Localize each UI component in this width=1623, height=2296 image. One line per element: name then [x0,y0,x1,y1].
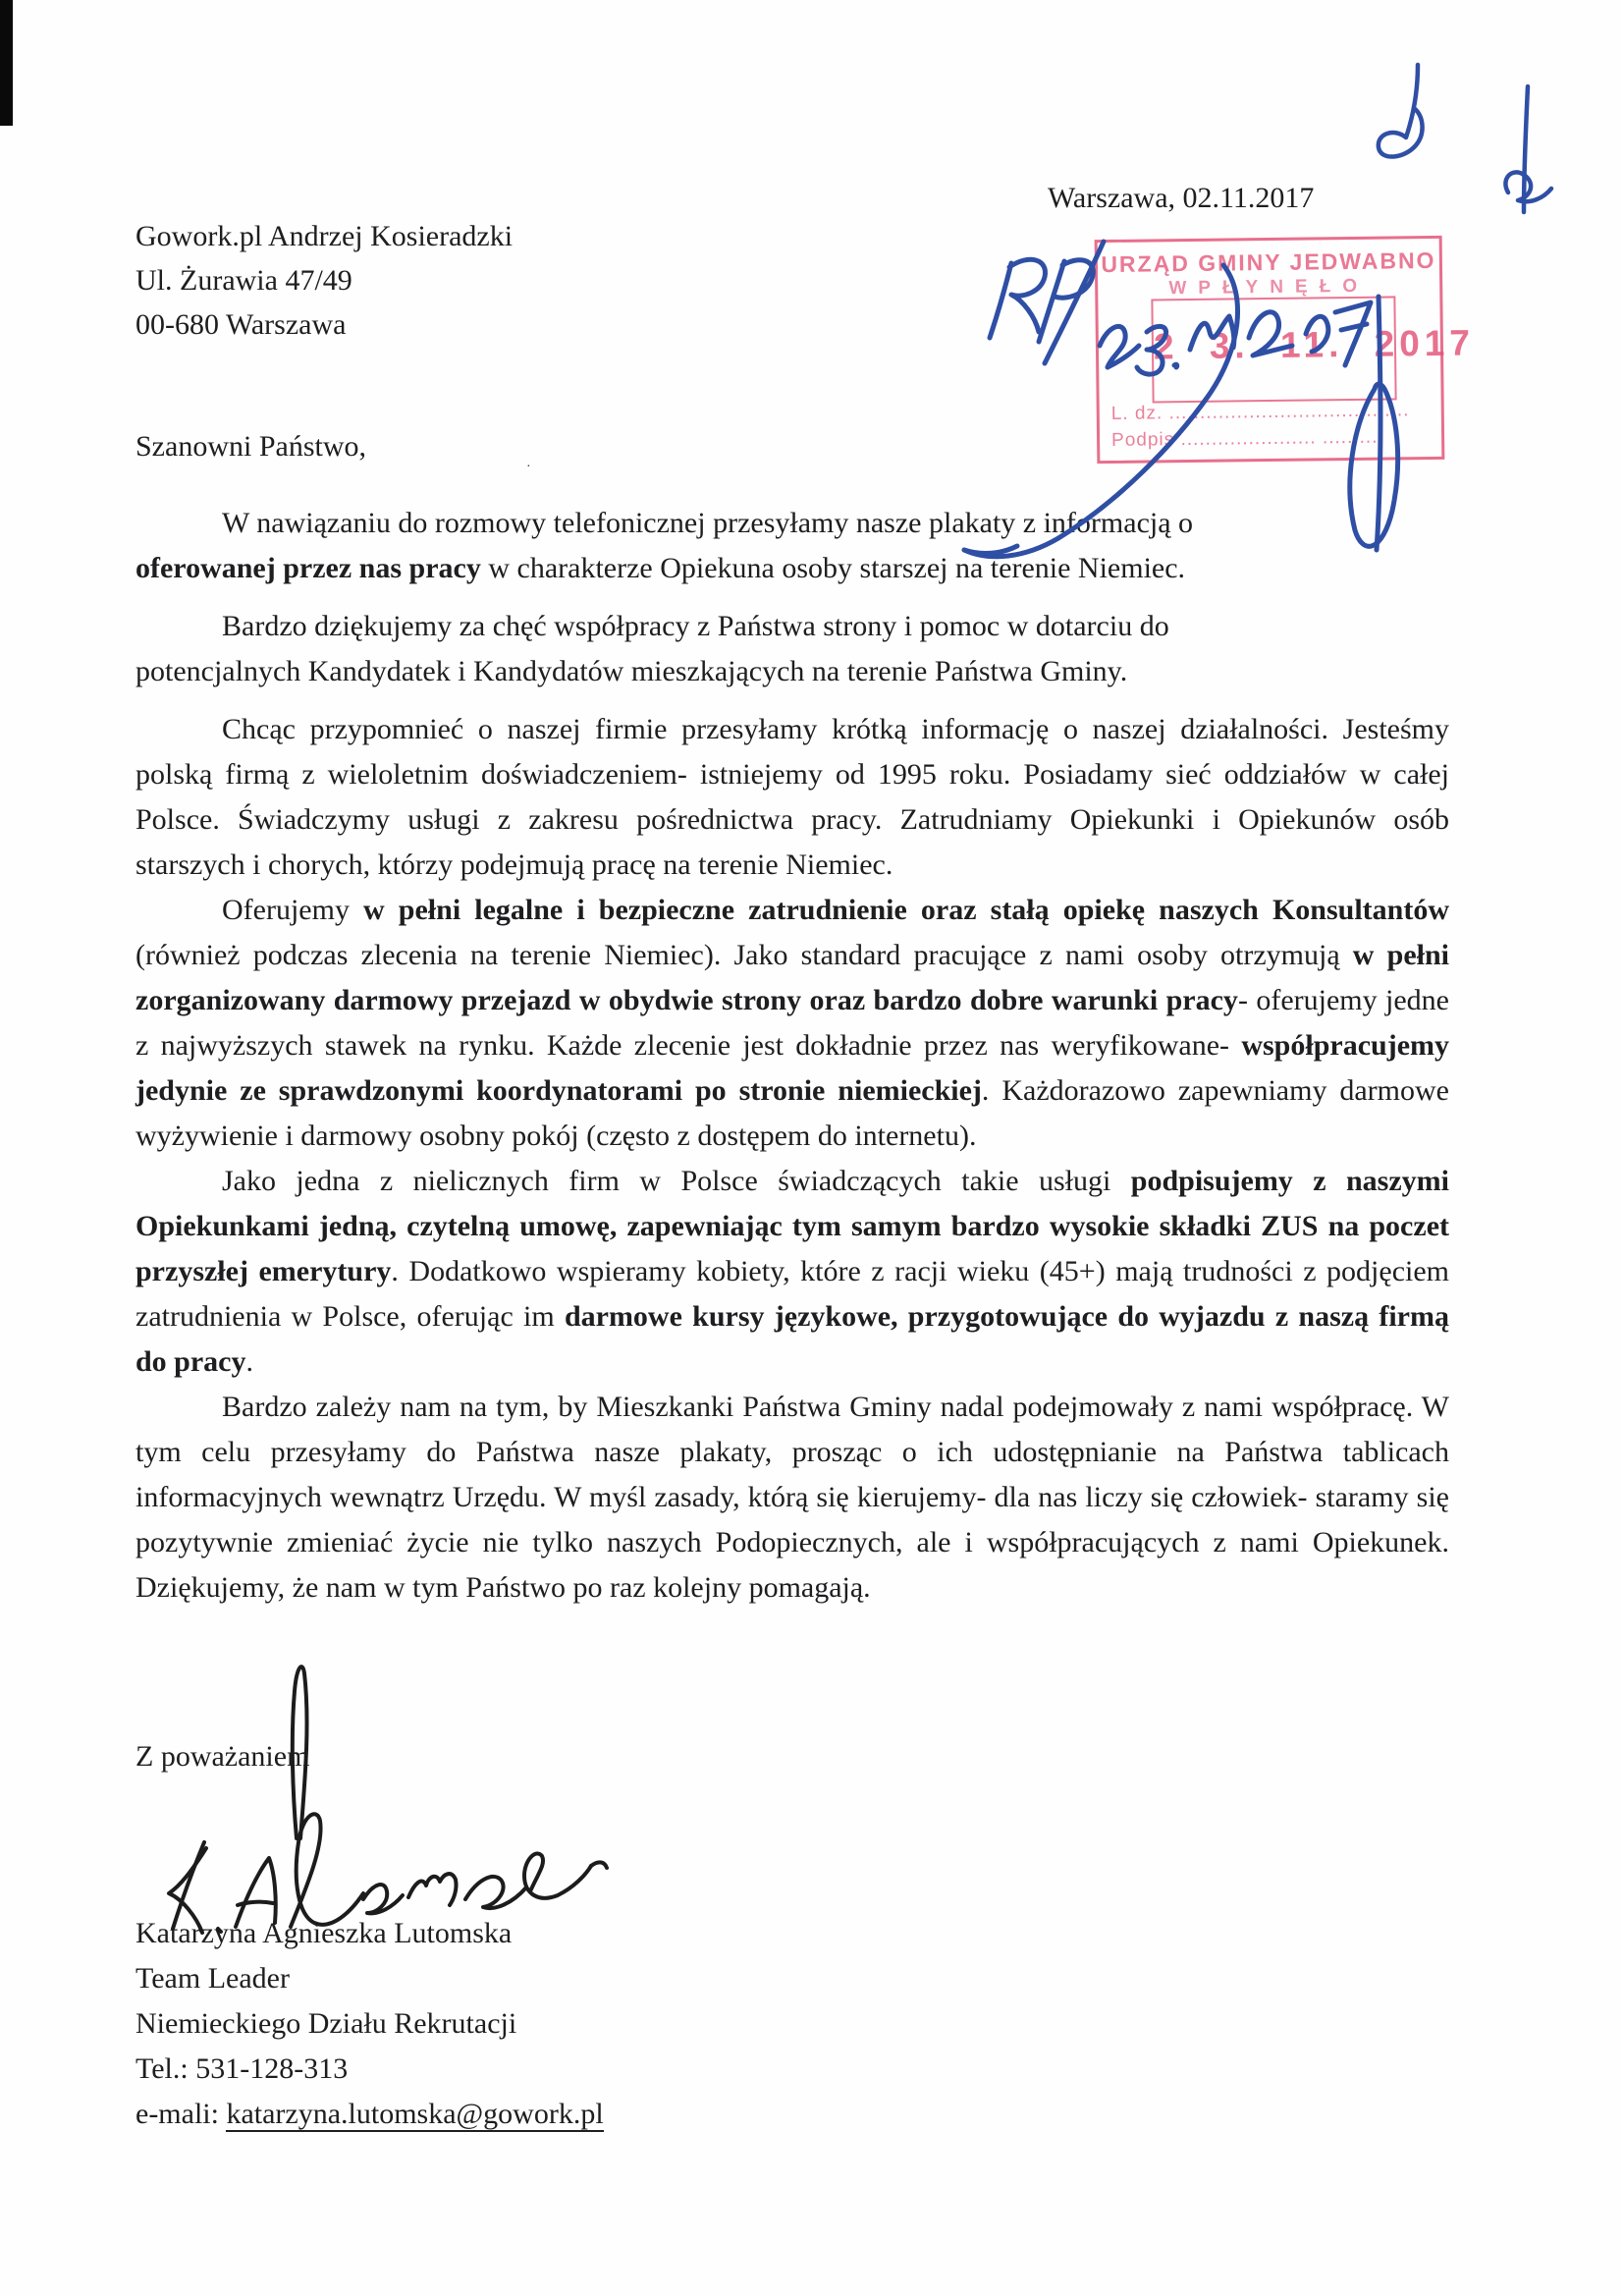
text-run: Chcąc przypomnieć o naszej firmie przesy… [135,713,1449,881]
corner-initials [1379,65,1551,212]
body-paragraph: Oferujemy w pełni legalne i bezpieczne z… [135,888,1449,1159]
sender-line: 00-680 Warszawa [135,302,513,347]
sender-address: Gowork.pl Andrzej Kosieradzki Ul. Żurawi… [135,214,513,347]
text-run: Oferujemy [222,894,363,926]
signatory-email-line: e-mali: katarzyna.lutomska@gowork.pl [135,2092,604,2137]
body-paragraph: Bardzo dziękujemy za chęć współpracy z P… [135,604,1449,694]
text-run: w charakterze Opiekuna osoby starszej na… [481,552,1185,584]
signatory-name: Katarzyna Agnieszka Lutomska [135,1911,604,1956]
text-run: . [246,1345,254,1378]
bold-text-run: w pełni legalne i bezpieczne zatrudnieni… [363,894,1449,926]
stamp-podpis-line: Podpis ...................... .......... [1111,427,1384,452]
body-paragraph: Chcąc przypomnieć o naszej firmie przesy… [135,707,1449,888]
text-run: Bardzo dziękujemy za chęć współpracy z P… [222,610,1169,642]
text-run: W nawiązaniu do rozmowy telefonicznej pr… [222,507,1193,539]
dateline: Warszawa, 02.11.2017 [1048,182,1314,215]
signature-block: Katarzyna Agnieszka Lutomska Team Leader… [135,1911,604,2137]
stamp-ldz-line: L. dz. .................................… [1111,400,1410,425]
stamp-date: 2 3. 11. 2017 [1154,323,1394,367]
sender-line: Ul. Żurawia 47/49 [135,258,513,302]
salutation: Szanowni Państwo, [135,430,366,464]
bold-text-run: oferowanej przez nas pracy [135,552,481,584]
handwritten-signature [169,1667,607,1933]
stamp-podpis-dots: ...................... .......... [1180,427,1383,451]
stamp-ldz-label: L. dz. [1111,403,1163,424]
email-label: e-mali: [135,2098,226,2130]
sender-line: Gowork.pl Andrzej Kosieradzki [135,214,513,258]
closing-phrase: Z poważaniem [135,1740,309,1774]
received-stamp: URZĄD GMINY JEDWABNO WPŁYNĘŁO 2 3. 11. 2… [1095,236,1445,464]
scan-speck: · [526,460,531,475]
signatory-title: Team Leader [135,1956,604,2001]
signatory-department: Niemieckiego Działu Rekrutacji [135,2001,604,2047]
signatory-phone: Tel.: 531-128-313 [135,2047,604,2092]
text-run: potencjalnych Kandydatek i Kandydatów mi… [135,655,1127,687]
stamp-ldz-dots: ....................................... [1168,400,1409,423]
body-paragraph: W nawiązaniu do rozmowy telefonicznej pr… [135,501,1449,591]
stamp-date-box: 2 3. 11. 2017 [1151,296,1396,403]
scan-edge-artifact [0,0,13,126]
stamp-podpis-label: Podpis [1111,429,1174,451]
text-run: Jako jedna z nielicznych firm w Polsce ś… [222,1165,1131,1197]
scanned-letter-page: Gowork.pl Andrzej Kosieradzki Ul. Żurawi… [0,0,1623,2296]
body-paragraph: Bardzo zależy nam na tym, by Mieszkanki … [135,1385,1449,1611]
text-run: Bardzo zależy nam na tym, by Mieszkanki … [135,1391,1449,1604]
text-run: (również podczas zlecenia na terenie Nie… [135,939,1353,971]
body-paragraph: Jako jedna z nielicznych firm w Polsce ś… [135,1159,1449,1385]
signatory-email: katarzyna.lutomska@gowork.pl [226,2098,603,2132]
letter-body: W nawiązaniu do rozmowy telefonicznej pr… [135,501,1449,1611]
stamp-office-name: URZĄD GMINY JEDWABNO [1098,247,1439,278]
